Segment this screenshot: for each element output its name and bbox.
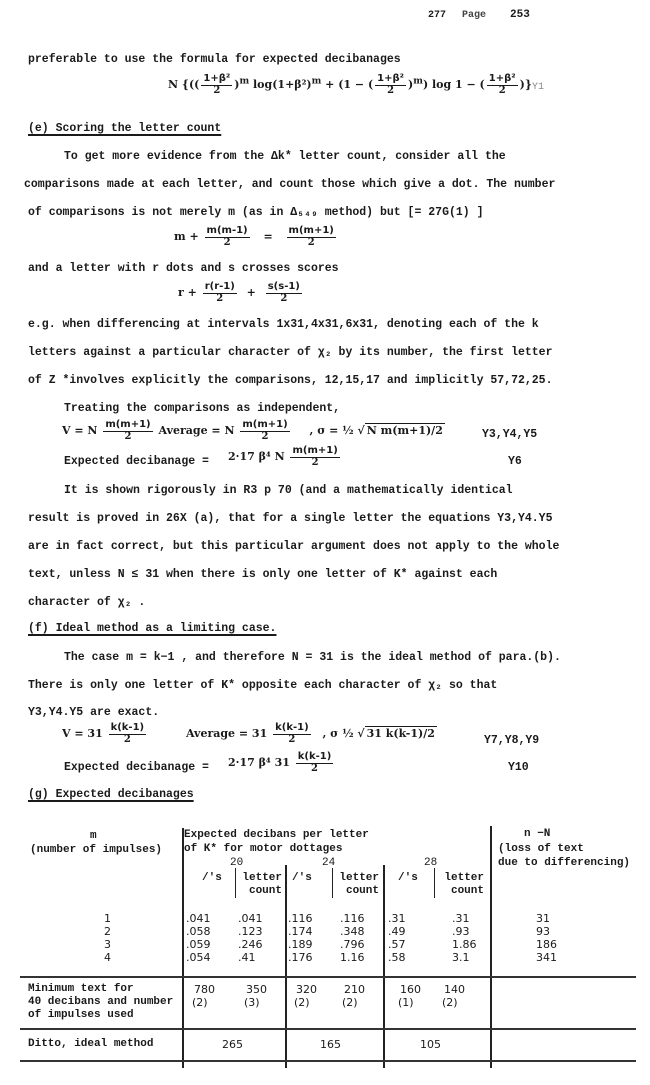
row-loss-value: 341 (536, 951, 557, 964)
min-text-impulses: (3) (244, 996, 260, 1009)
sub-col-letter-count-24: letter count (337, 872, 379, 898)
ref-y10: Y10 (508, 761, 529, 774)
row-m-value: 3 (104, 938, 111, 951)
sub-col-letter-count-20: letter count (240, 872, 282, 898)
table-cell: .246 (238, 938, 263, 951)
min-text-impulses: (2) (294, 996, 310, 1009)
ideal-method-label: Ditto, ideal method (28, 1038, 153, 1050)
table-cell: 1.86 (452, 938, 477, 951)
min-text-value: 160 (400, 983, 421, 996)
min-text-value: 350 (246, 983, 267, 996)
table-cell: .49 (388, 925, 406, 938)
table-cell: .348 (340, 925, 365, 938)
min-text-value: 140 (444, 983, 465, 996)
para-e1-line2: comparisons made at each letter, and cou… (24, 178, 555, 191)
table-cell: .189 (288, 938, 313, 951)
row-m-value: 1 (104, 912, 111, 925)
para-e2-line3: of Z *involves explicitly the comparison… (28, 374, 553, 387)
table-cell: .041 (186, 912, 211, 925)
min-text-value: 320 (296, 983, 317, 996)
table-cell: .41 (238, 951, 256, 964)
equation-scores: r + r(r-1)2 + s(s-1)2 (178, 282, 304, 304)
sub-col-dots-28: /'s (398, 872, 418, 884)
sub-col-letter-count-28: letter count (440, 872, 484, 898)
ref-y7-y9: Y7,Y8,Y9 (484, 734, 539, 747)
equation-y7-y9: V = 31 k(k-1)2 Average = 31 k(k-1)2 , σ … (62, 723, 437, 745)
row-m-value: 4 (104, 951, 111, 964)
loss-header-line2: (loss of text (498, 843, 584, 855)
subgroup-24: 24 (322, 857, 335, 869)
row-loss-value: 31 (536, 912, 550, 925)
para-e3-line2: result is proved in 26X (a), that for a … (28, 512, 553, 525)
min-text-impulses: (2) (342, 996, 358, 1009)
table-cell: .31 (388, 912, 406, 925)
table-cell: .054 (186, 951, 211, 964)
table-cell: 3.1 (452, 951, 470, 964)
sub-col-dots-20: /'s (202, 872, 222, 884)
ref-y3-y5: Y3,Y4,Y5 (482, 428, 537, 441)
subgroup-28: 28 (424, 857, 437, 869)
formula-y1-label: Y1 (532, 82, 544, 93)
intro-line: preferable to use the formula for expect… (28, 53, 401, 66)
expected-decibanage-label-2: Expected decibanage = (64, 761, 209, 774)
page-label: Page (462, 10, 486, 21)
col-m-subheader: (number of impulses) (30, 844, 162, 856)
loss-header: n −N (524, 828, 550, 840)
ideal-method-value: 105 (420, 1038, 441, 1051)
ref-y6: Y6 (508, 455, 522, 468)
col-m-header: m (90, 830, 97, 842)
min-text-value: 210 (344, 983, 365, 996)
min-text-label: Minimum text for 40 decibans and number … (28, 983, 173, 1022)
min-text-impulses: (2) (442, 996, 458, 1009)
ref-number: 277 (428, 10, 446, 21)
sub-col-dots-24: /'s (292, 872, 312, 884)
table-cell: .123 (238, 925, 263, 938)
min-text-impulses: (2) (192, 996, 208, 1009)
para-e2-line2: letters against a particular character o… (28, 346, 553, 359)
min-text-impulses: (1) (398, 996, 414, 1009)
table-cell: .116 (340, 912, 365, 925)
para-e3-line1: It is shown rigorously in R3 p 70 (and a… (64, 484, 513, 497)
table-cell: .57 (388, 938, 406, 951)
expected-decibanage-label: Expected decibanage = (64, 455, 209, 468)
table-cell: .58 (388, 951, 406, 964)
equation-y10: 2·17 β⁴ 31 k(k-1)2 (228, 752, 335, 774)
section-f-heading: (f) Ideal method as a limiting case. (28, 622, 276, 635)
para-e1-line1: To get more evidence from the Δk* letter… (64, 150, 506, 163)
para-e2-line1: e.g. when differencing at intervals 1x31… (28, 318, 539, 331)
para-e3-line5: character of χ₂ . (28, 596, 145, 609)
section-e-heading: (e) Scoring the letter count (28, 122, 221, 135)
table-cell: .041 (238, 912, 263, 925)
equation-y3-y5: V = N m(m+1)2 Average = N m(m+1)2 , σ = … (62, 420, 445, 442)
treating-line: Treating the comparisons as independent, (64, 402, 340, 415)
table-cell: .174 (288, 925, 313, 938)
ideal-method-value: 265 (222, 1038, 243, 1051)
row-loss-value: 186 (536, 938, 557, 951)
table-cell: 1.16 (340, 951, 365, 964)
loss-header-line3: due to differencing) (498, 857, 630, 869)
section-g-heading: (g) Expected decibanages (28, 788, 194, 801)
para-f-line2: There is only one letter of K* opposite … (28, 679, 497, 692)
table-cell: .058 (186, 925, 211, 938)
page-number: 253 (510, 9, 530, 21)
para-f-line1: The case m = k−1 , and therefore N = 31 … (64, 651, 561, 664)
row-loss-value: 93 (536, 925, 550, 938)
formula-y1: N {((1+β²2)m log(1+β²)m + (1 − (1+β²2)m)… (168, 74, 532, 96)
para-e3-line3: are in fact correct, but this particular… (28, 540, 559, 553)
table-cell: .31 (452, 912, 470, 925)
min-text-value: 780 (194, 983, 215, 996)
table-cell: .176 (288, 951, 313, 964)
table-cell: .059 (186, 938, 211, 951)
para-f-line3: Y3,Y4.Y5 are exact. (28, 706, 159, 719)
line-scores: and a letter with r dots and s crosses s… (28, 262, 339, 275)
table-cell: .116 (288, 912, 313, 925)
subgroup-20: 20 (230, 857, 243, 869)
group-header-line2: of K* for motor dottages (184, 843, 342, 855)
group-header-line1: Expected decibans per letter (184, 829, 369, 841)
ideal-method-value: 165 (320, 1038, 341, 1051)
row-m-value: 2 (104, 925, 111, 938)
equation-comparisons: m + m(m-1)2 = m(m+1)2 (174, 226, 338, 248)
para-e3-line4: text, unless N ≤ 31 when there is only o… (28, 568, 497, 581)
table-cell: .796 (340, 938, 365, 951)
para-e1-line3: of comparisons is not merely m (as in Δ₅… (28, 206, 483, 219)
equation-y6: 2·17 β⁴ N m(m+1)2 (228, 446, 342, 468)
table-cell: .93 (452, 925, 470, 938)
